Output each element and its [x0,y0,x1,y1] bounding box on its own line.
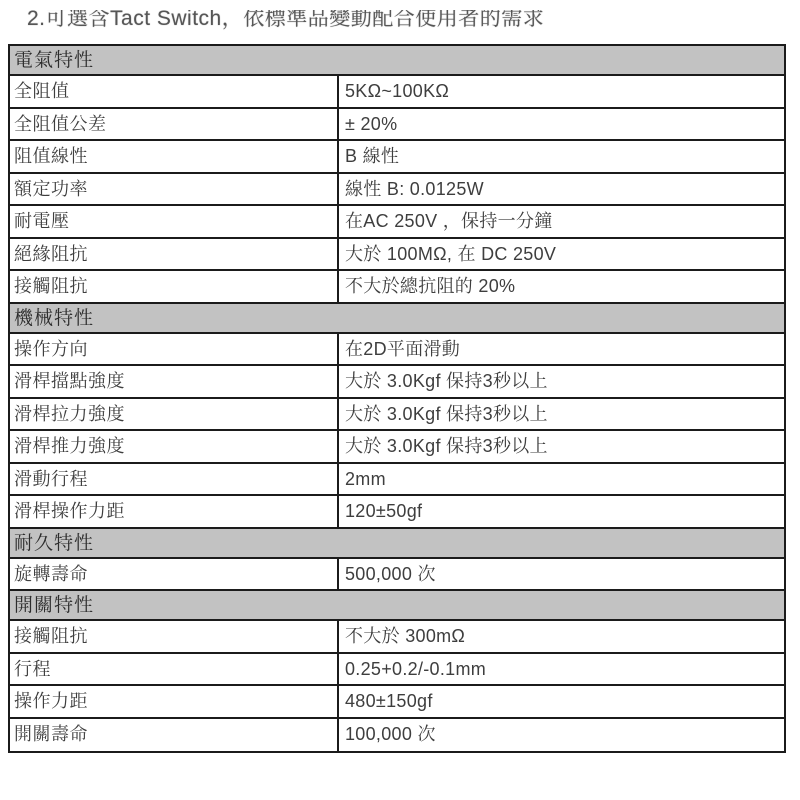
table-row: 開關壽命100,000 次 [10,719,784,752]
spec-label: 行程 [10,654,339,685]
spec-label: 滑桿拉力強度 [10,399,339,430]
spec-label: 絕緣阻抗 [10,239,339,270]
spec-label: 滑動行程 [10,464,339,495]
spec-label: 滑桿推力強度 [10,431,339,462]
spec-value: 在2D平面滑動 [339,334,784,365]
section-header: 開關特性 [10,591,784,621]
table-row: 全阻值公差± 20% [10,109,784,142]
spec-label: 全阻值 [10,76,339,107]
table-row: 操作力距480±150gf [10,686,784,719]
section-header: 電氣特性 [10,46,784,76]
spec-value: 大於 3.0Kgf 保持3秒以上 [339,399,784,430]
spec-value: 不大於總抗阻的 20% [339,271,784,302]
spec-label: 滑桿操作力距 [10,496,339,527]
spec-value: 線性 B: 0.0125W [339,174,784,205]
table-row: 絕緣阻抗大於 100MΩ, 在 DC 250V [10,239,784,272]
spec-value: 大於 3.0Kgf 保持3秒以上 [339,431,784,462]
spec-value: 0.25+0.2/-0.1mm [339,654,784,685]
spec-value: 2mm [339,464,784,495]
table-row: 操作方向在2D平面滑動 [10,334,784,367]
table-row: 額定功率線性 B: 0.0125W [10,174,784,207]
section-header: 機械特性 [10,304,784,334]
table-row: 旋轉壽命500,000 次 [10,559,784,592]
spec-value: 5KΩ~100KΩ [339,76,784,107]
spec-label: 滑桿擋點強度 [10,366,339,397]
spec-label: 額定功率 [10,174,339,205]
clipped-note: 2.可選含Tact Switch，依標準品變動配合使用者的需求 [27,10,547,31]
spec-label: 旋轉壽命 [10,559,339,590]
spec-value: 500,000 次 [339,559,784,590]
page: 2.可選含Tact Switch，依標準品變動配合使用者的需求 電氣特性全阻值5… [0,0,800,800]
spec-label: 接觸阻抗 [10,271,339,302]
table-row: 接觸阻抗不大於總抗阻的 20% [10,271,784,304]
table-row: 滑桿推力強度大於 3.0Kgf 保持3秒以上 [10,431,784,464]
section-header: 耐久特性 [10,529,784,559]
table-row: 滑動行程2mm [10,464,784,497]
spec-label: 操作力距 [10,686,339,717]
spec-value: ± 20% [339,109,784,140]
spec-label: 開關壽命 [10,719,339,752]
table-row: 耐電壓在AC 250V ，保持一分鐘 [10,206,784,239]
clipped-note-text: 2.可選含Tact Switch，依標準品變動配合使用者的需求 [27,10,547,31]
spec-value: 120±50gf [339,496,784,527]
table-row: 滑桿擋點強度大於 3.0Kgf 保持3秒以上 [10,366,784,399]
spec-value: 100,000 次 [339,719,784,752]
table-row: 滑桿操作力距120±50gf [10,496,784,529]
spec-label: 全阻值公差 [10,109,339,140]
table-row: 接觸阻抗不大於 300mΩ [10,621,784,654]
spec-label: 接觸阻抗 [10,621,339,652]
table-row: 全阻值5KΩ~100KΩ [10,76,784,109]
spec-value: 不大於 300mΩ [339,621,784,652]
spec-value: 480±150gf [339,686,784,717]
table-row: 行程0.25+0.2/-0.1mm [10,654,784,687]
spec-table: 電氣特性全阻值5KΩ~100KΩ全阻值公差± 20%阻值線性B 線性額定功率線性… [8,44,786,753]
spec-label: 阻值線性 [10,141,339,172]
table-row: 阻值線性B 線性 [10,141,784,174]
spec-value: B 線性 [339,141,784,172]
spec-label: 操作方向 [10,334,339,365]
spec-value: 在AC 250V ，保持一分鐘 [339,206,784,237]
spec-value: 大於 100MΩ, 在 DC 250V [339,239,784,270]
spec-label: 耐電壓 [10,206,339,237]
spec-value: 大於 3.0Kgf 保持3秒以上 [339,366,784,397]
table-row: 滑桿拉力強度大於 3.0Kgf 保持3秒以上 [10,399,784,432]
